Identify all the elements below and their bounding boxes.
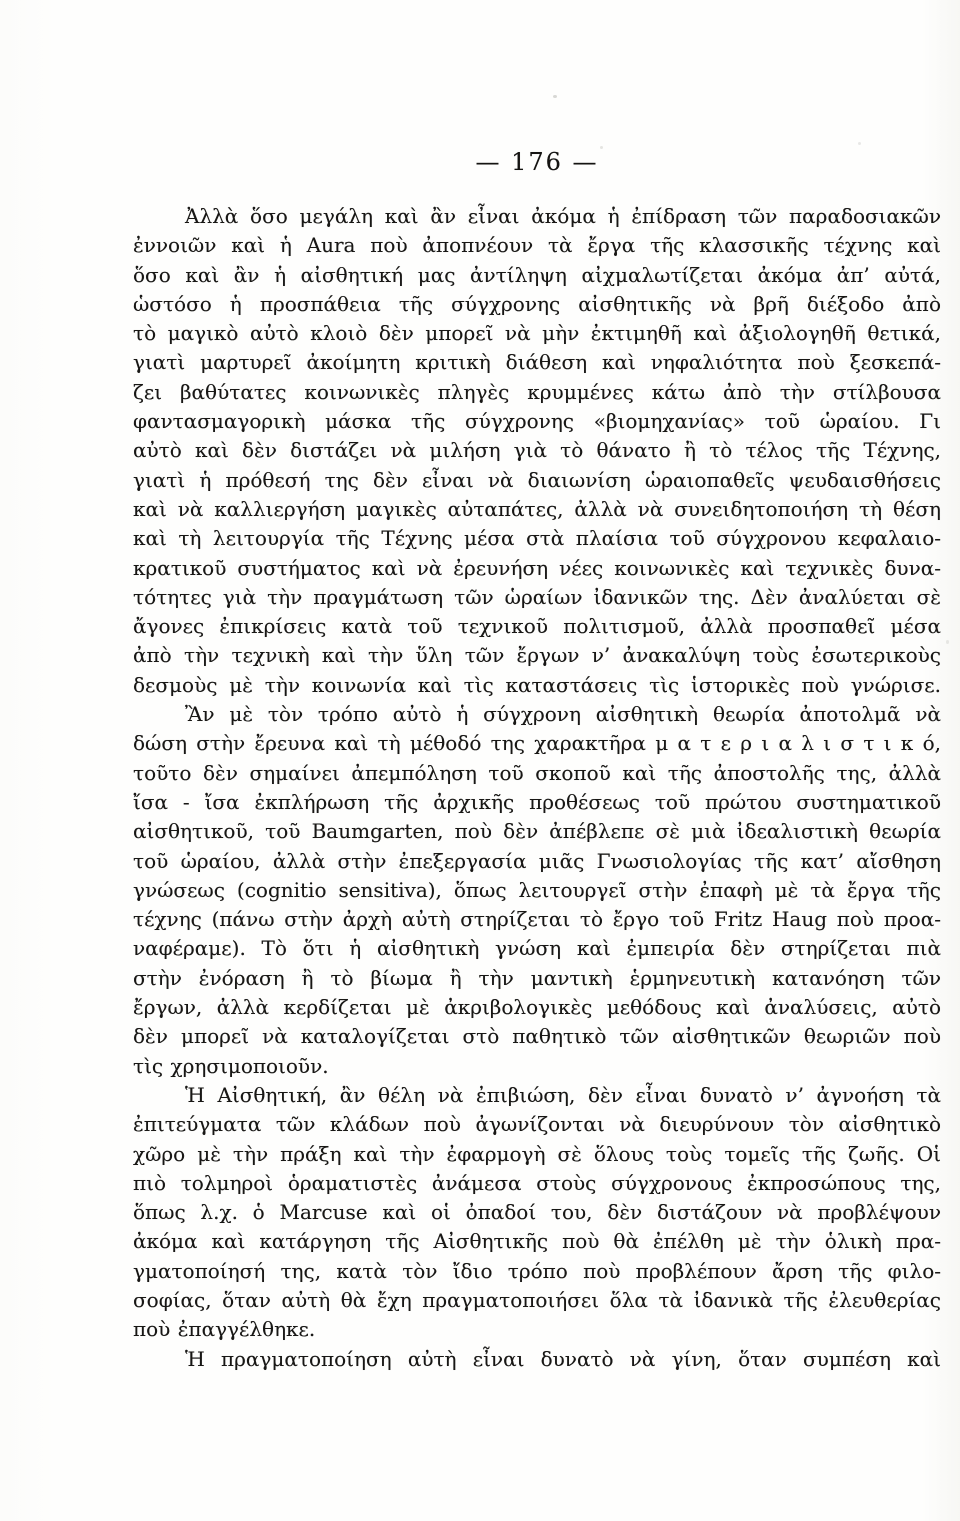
text-line: Ἡ Αἰσθητική, ἂν θέλη νὰ ἐπιβιώση, δὲν εἶ…: [133, 1081, 941, 1110]
text-line: δώση στὴν ἔρευνα καὶ τὴ μέθοδό της χαρακ…: [133, 729, 941, 758]
text-line: ποὺ ἐπαγγέλθηκε.: [133, 1315, 941, 1344]
text-line: στὴν ἐνόραση ἢ τὸ βίωμα ἢ τὴν μαντικὴ ἑρ…: [133, 964, 941, 993]
text-line: γματοποίησή της, κατὰ τὸν ἴδιο τρόπο ποὺ…: [133, 1257, 941, 1286]
text-line: Ἀλλὰ ὅσο μεγάλη καὶ ἂν εἶναι ἀκόμα ἡ ἐπί…: [133, 202, 941, 231]
text-line: Ἂν μὲ τὸν τρόπο αὐτὸ ἡ σύγχρονη αἰσθητικ…: [133, 700, 941, 729]
text-line: ἀπὸ τὴν τεχνικὴ καὶ τὴν ὕλη τῶν ἔργων ν’…: [133, 641, 941, 670]
text-line: καὶ τὴ λειτουργία τῆς Τέχνης μέσα στὰ πλ…: [133, 524, 941, 553]
text-line: ἐννοιῶν καὶ ἡ Aura ποὺ ἀποπνέουν τὰ ἔργα…: [133, 231, 941, 260]
text-line: ἀκόμα καὶ κατάργηση τῆς Αἰσθητικῆς ποὺ θ…: [133, 1227, 941, 1256]
scan-speck: [946, 640, 949, 644]
text-line: τότητες γιὰ τὴν πραγμάτωση τῶν ὡραίων ἰδ…: [133, 583, 941, 612]
text-line: γιατὶ ἡ πρόθεσή της δὲν εἶναι νὰ διαιωνί…: [133, 466, 941, 495]
scanned-page: — 176 — Ἀλλὰ ὅσο μεγάλη καὶ ἂν εἶναι ἀκό…: [0, 0, 960, 1521]
text-line: σοφίας, ὅταν αὐτὴ θὰ ἔχη πραγματοποιήσει…: [133, 1286, 941, 1315]
text-line: ζει βαθύτατες κοινωνικὲς πληγὲς κρυμμένε…: [133, 378, 941, 407]
text-line: ἐπιτεύγματα τῶν κλάδων ποὺ ἀγωνίζονται ν…: [133, 1110, 941, 1139]
text-line: γνώσεως (cognitio sensitiva), ὅπως λειτο…: [133, 876, 941, 905]
text-line: ἄγονες ἐπικρίσεις κατὰ τοῦ τεχνικοῦ πολι…: [133, 612, 941, 641]
text-line: δὲν μπορεῖ νὰ καταλογίζεται στὸ παθητικὸ…: [133, 1022, 941, 1051]
text-line: ὅπως λ.χ. ὁ Marcuse καὶ οἱ ὀπαδοί του, δ…: [133, 1198, 941, 1227]
text-line: χῶρο μὲ τὴν πράξη καὶ τὴν ἐφαρμογὴ σὲ ὅλ…: [133, 1140, 941, 1169]
text-line: ἔργων, ἀλλὰ κερδίζεται μὲ ἀκριβολογικὲς …: [133, 993, 941, 1022]
text-line: Ἡ πραγματοποίηση αὐτὴ εἶναι δυνατὸ νὰ γί…: [133, 1345, 941, 1374]
text-line: ὅσο καὶ ἂν ἡ αἰσθητική μας ἀντίληψη αἰχμ…: [133, 261, 941, 290]
text-line: πιὸ τολμηροὶ ὁραματιστὲς ἀνάμεσα στοὺς σ…: [133, 1169, 941, 1198]
text-line: φαντασμαγορικὴ μάσκα τῆς σύγχρονης «βιομ…: [133, 407, 941, 436]
text-line: δεσμοὺς μὲ τὴν κοινωνία καὶ τὶς καταστάσ…: [133, 671, 941, 700]
text-line: τὶς χρησιμοποιοῦν.: [133, 1052, 941, 1081]
text-line: τοῦ ὡραίου, ἀλλὰ στὴν ἐπεξεργασία μιᾶς Γ…: [133, 847, 941, 876]
text-line: αὐτὸ καὶ δὲν διστάζει νὰ μιλήση γιὰ τὸ θ…: [133, 436, 941, 465]
text-line: τέχνης (πάνω στὴν ἀρχὴ αὐτὴ στηρίζεται τ…: [133, 905, 941, 934]
body-text: Ἀλλὰ ὅσο μεγάλη καὶ ἂν εἶναι ἀκόμα ἡ ἐπί…: [133, 202, 941, 1374]
text-line: αἰσθητικοῦ, τοῦ Baumgarten, ποὺ δὲν ἀπέβ…: [133, 817, 941, 846]
text-line: τὸ μαγικὸ αὐτὸ κλοιὸ δὲν μπορεῖ νὰ μὴν ἐ…: [133, 319, 941, 348]
text-line: κρατικοῦ συστήματος καὶ νὰ ἐρευνήση νέες…: [133, 554, 941, 583]
scan-speck: [858, 142, 861, 145]
text-line: καὶ νὰ καλλιεργήση μαγικὲς αὐταπάτες, ἀλ…: [133, 495, 941, 524]
text-line: ὡστόσο ἡ προσπάθεια τῆς σύγχρονης αἰσθητ…: [133, 290, 941, 319]
text-line: ναφέραμε). Τὸ ὅτι ἡ αἰσθητικὴ γνώση καὶ …: [133, 934, 941, 963]
text-line: γιατὶ μαρτυρεῖ ἀκοίμητη κριτικὴ διάθεση …: [133, 348, 941, 377]
text-line: ἴσα - ἴσα ἐκπλήρωση τῆς ἀρχικῆς προθέσεω…: [133, 788, 941, 817]
scan-speck: [553, 95, 557, 98]
page-number: — 176 —: [133, 148, 941, 176]
text-line: τοῦτο δὲν σημαίνει ἀπεμπόληση τοῦ σκοποῦ…: [133, 759, 941, 788]
